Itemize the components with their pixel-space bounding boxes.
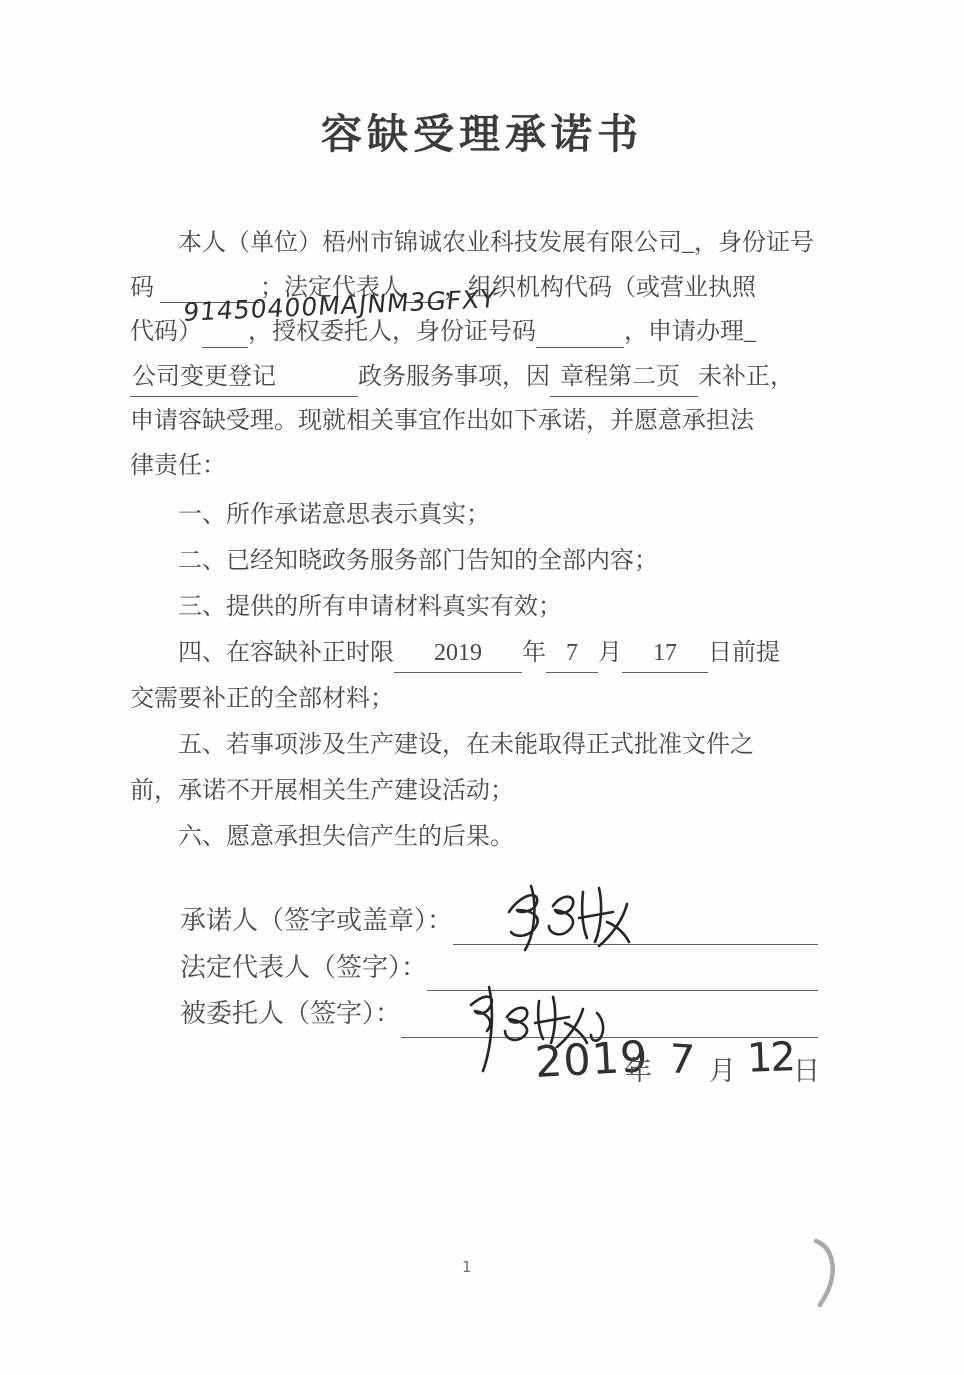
missing-material-filled: 章程第二页	[550, 358, 698, 397]
item-6: 六、愿意承担失信产生的后果。	[130, 814, 844, 860]
text-segment: 一、所作承诺意思表示真实；	[178, 502, 490, 528]
text-segment: 四、在容缺补正时限	[178, 640, 394, 666]
delegate-signature-row: 被委托人（签字）：	[180, 991, 818, 1038]
text-segment: 律责任：	[130, 453, 226, 479]
text-segment: 五、若事项涉及生产建设，在未能取得正式批准文件之	[178, 732, 754, 758]
text-segment: 码	[130, 275, 154, 301]
year-label: 年	[522, 640, 546, 666]
item-5-line-1: 五、若事项涉及生产建设，在未能取得正式批准文件之	[130, 722, 844, 768]
promisor-label: 承诺人（签字或盖章）：	[180, 898, 453, 945]
text-segment: 政务服务事项，因	[358, 364, 550, 390]
legal-rep-signature-row: 法定代表人（签字）：	[180, 945, 818, 992]
text-segment: 申请容缺受理。现就相关事宜作出如下承诺，并愿意承担法	[130, 408, 754, 434]
pen-mark-icon	[804, 1236, 852, 1310]
deadline-year-filled: 2019	[394, 634, 522, 673]
blank-org-code	[202, 323, 248, 348]
page-number: 1	[462, 1258, 472, 1276]
year-label: 年	[625, 1049, 652, 1088]
para-line-1: 本人（单位）梧州市锦诚农业科技发展有限公司_，身份证号	[130, 221, 844, 266]
delegate-signature-line	[401, 997, 818, 1038]
scanned-document-page: 容缺受理承诺书 本人（单位）梧州市锦诚农业科技发展有限公司_，身份证号 码 ；法…	[0, 0, 964, 1375]
deadline-day-filled: 17	[622, 634, 708, 673]
para-line-5: 申请容缺受理。现就相关事宜作出如下承诺，并愿意承担法	[130, 399, 844, 444]
text-segment: 日前提	[708, 640, 780, 666]
day-label: 日	[793, 1049, 820, 1088]
item-3: 三、提供的所有申请材料真实有效；	[130, 584, 844, 630]
promisor-signature-row: 承诺人（签字或盖章）：	[180, 898, 818, 945]
item-4-line-2: 交需要补正的全部材料；	[130, 676, 844, 722]
month-label: 月	[598, 640, 622, 666]
text-segment: 本人（单位）	[178, 230, 322, 256]
deadline-month-filled: 7	[546, 634, 598, 673]
month-label: 月	[709, 1049, 736, 1088]
item-4-line-1: 四、在容缺补正时限2019年7月17日前提	[130, 630, 844, 676]
commitment-items: 一、所作承诺意思表示真实； 二、已经知晓政务服务部门告知的全部内容； 三、提供的…	[130, 492, 844, 860]
company-name: 梧州市锦诚农业科技发展有限公司	[322, 230, 682, 256]
page-title: 容缺受理承诺书	[0, 101, 964, 160]
text-segment: 六、愿意承担失信产生的后果。	[178, 824, 514, 850]
text-segment: _，身份证号	[682, 230, 814, 256]
signature-section: 承诺人（签字或盖章）： 法定代表人（签字）： 被委托人（签字）：	[180, 898, 818, 1038]
legal-rep-label: 法定代表人（签字）：	[180, 945, 427, 992]
handwritten-day: 12	[746, 1034, 794, 1082]
service-item-filled: 公司变更登记	[130, 358, 358, 397]
text-segment: 前，承诺不开展相关生产建设活动；	[130, 778, 514, 804]
delegate-label: 被委托人（签字）：	[180, 991, 401, 1038]
handwritten-date: 2019 年 7 月 12 日	[535, 1033, 835, 1097]
promisor-signature-line	[453, 904, 818, 945]
text-segment: 二、已经知晓政务服务部门告知的全部内容；	[178, 548, 658, 574]
text-segment: ，授权委托人，身份证号码	[248, 319, 536, 345]
text-segment: 三、提供的所有申请材料真实有效；	[178, 594, 562, 620]
blank-delegate-id	[536, 323, 624, 348]
para-line-4: 公司变更登记政务服务事项，因章程第二页未补正，	[130, 355, 844, 400]
item-5-line-2: 前，承诺不开展相关生产建设活动；	[130, 768, 844, 814]
text-segment: ，申请办理_	[624, 319, 756, 345]
opening-paragraph: 本人（单位）梧州市锦诚农业科技发展有限公司_，身份证号 码 ；法定代表人，组织机…	[130, 221, 844, 488]
text-segment: 未补正，	[698, 364, 794, 390]
item-2: 二、已经知晓政务服务部门告知的全部内容；	[130, 538, 844, 584]
legal-rep-signature-line	[427, 950, 818, 991]
handwritten-month: 7	[667, 1036, 696, 1084]
text-segment: 交需要补正的全部材料；	[130, 686, 394, 712]
para-line-6: 律责任：	[130, 444, 844, 489]
item-1: 一、所作承诺意思表示真实；	[130, 492, 844, 538]
